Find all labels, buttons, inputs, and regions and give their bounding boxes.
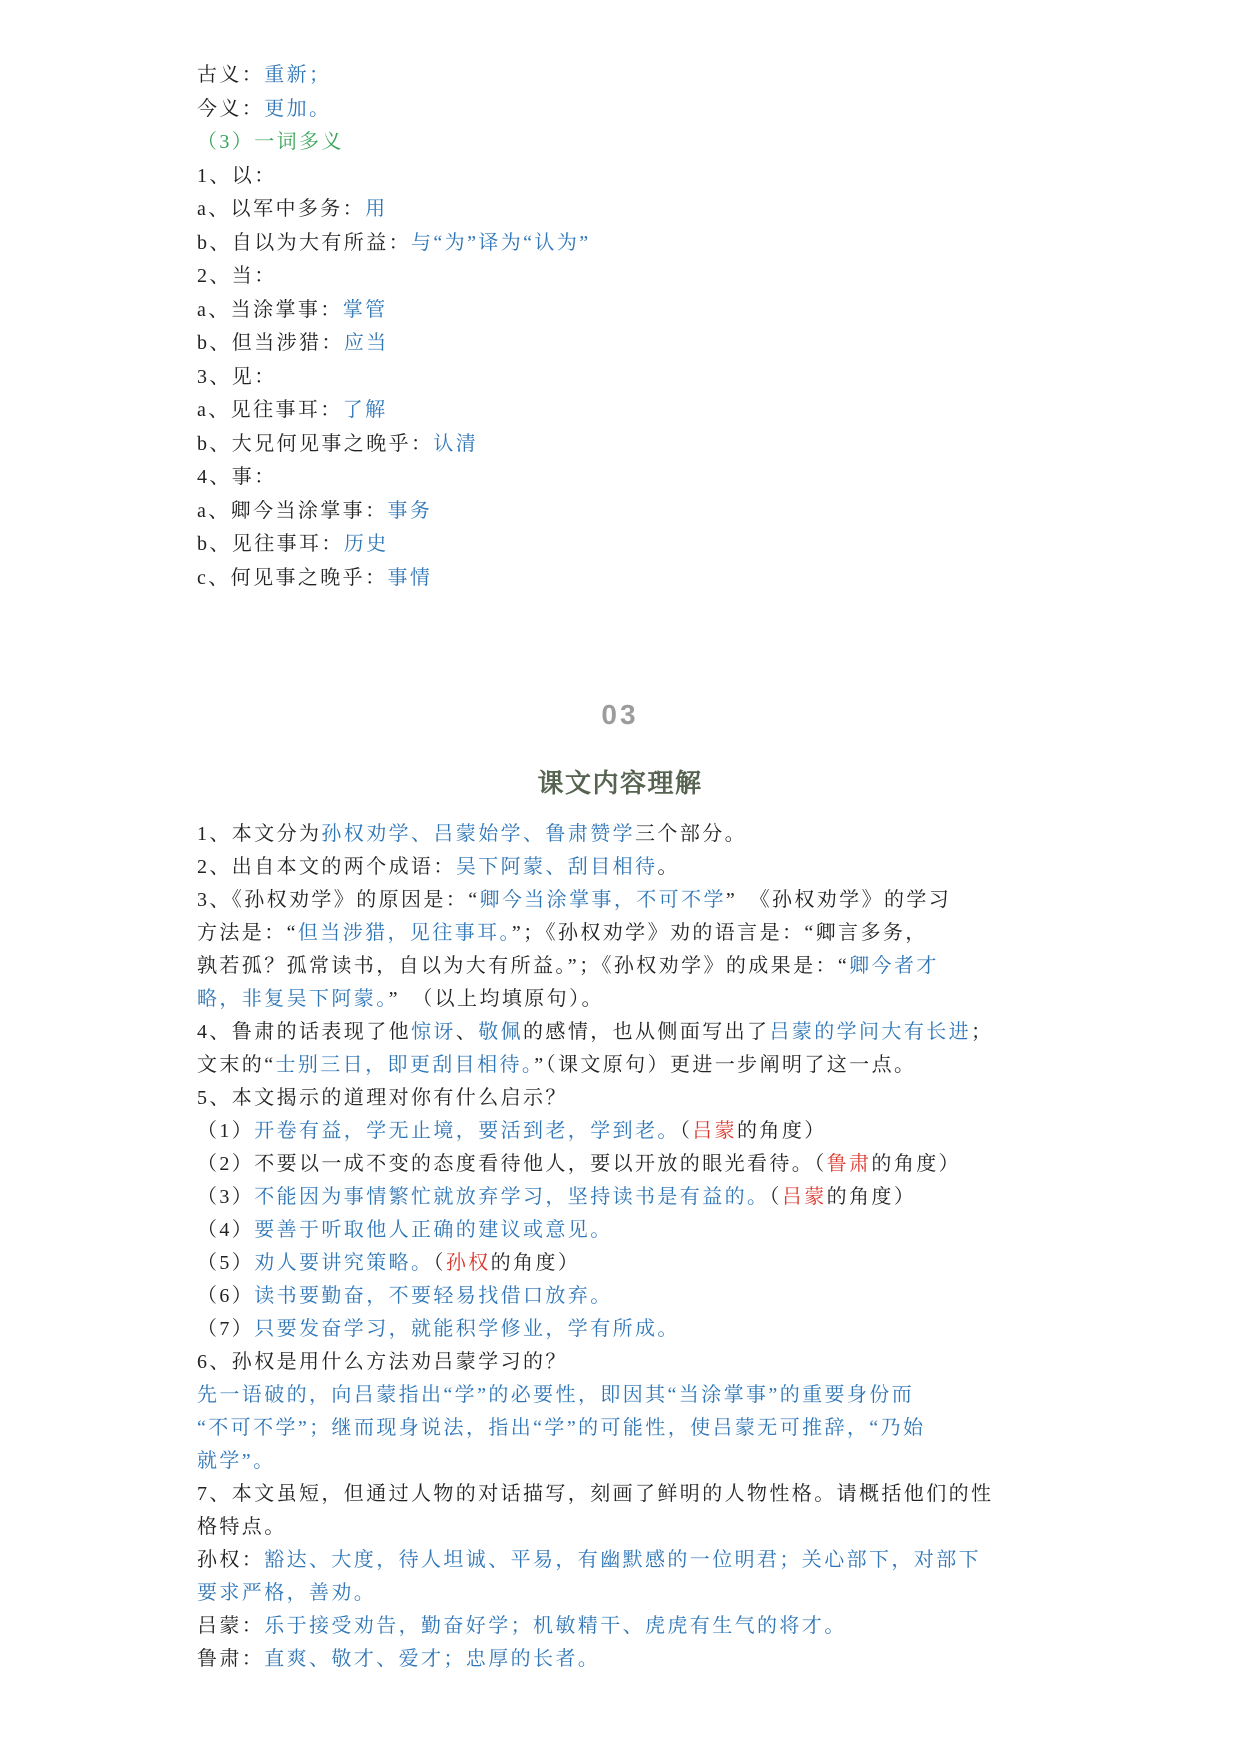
- main-section: 1、本文分为孙权劝学、吕蒙始学、鲁肃赞学三个部分。2、出自本文的两个成语：吴下阿…: [197, 818, 1067, 1676]
- text-segment: 的角度）: [827, 1186, 917, 1208]
- text-segment: 3、见：: [197, 366, 277, 388]
- text-segment: b、但当涉猎：: [197, 332, 344, 354]
- text-line: （6）读书要勤奋，不要轻易找借口放弃。: [197, 1280, 1067, 1313]
- text-segment: 的角度）: [871, 1153, 961, 1175]
- text-line: （3）一词多义: [197, 126, 1067, 160]
- top-section: 古义：重新；今义：更加。（3）一词多义1、以：a、以军中多务：用b、自以为大有所…: [197, 59, 1067, 595]
- text-line: a、见往事耳：了解: [197, 394, 1067, 428]
- text-segment: （4）: [197, 1219, 254, 1241]
- text-segment: 孙权：: [197, 1549, 264, 1571]
- text-segment: （7）: [197, 1318, 254, 1340]
- text-segment: 7、本文虽短，但通过人物的对话描写，刻画了鲜明的人物性格。请概括他们的性: [197, 1483, 993, 1505]
- text-line: a、当涂掌事：掌管: [197, 294, 1067, 328]
- text-segment: a、当涂掌事：: [197, 299, 343, 321]
- text-segment: 5、本文揭示的道理对你有什么启示？: [197, 1087, 568, 1109]
- text-line: 要求严格，善劝。: [197, 1577, 1067, 1610]
- text-segment: b、见往事耳：: [197, 533, 344, 555]
- text-segment: 不能因为事情繁忙就放弃学习，坚持读书是有益的。: [254, 1186, 769, 1208]
- text-segment: 士别三日，即更刮目相待。: [275, 1054, 534, 1076]
- text-segment: 吕蒙: [782, 1186, 827, 1208]
- text-segment: 鲁肃: [827, 1153, 872, 1175]
- text-line: b、但当涉猎：应当: [197, 327, 1067, 361]
- text-segment: （: [680, 1120, 692, 1142]
- text-line: （7）只要发奋学习，就能积学修业，学有所成。: [197, 1313, 1067, 1346]
- text-line: 5、本文揭示的道理对你有什么启示？: [197, 1082, 1067, 1115]
- text-segment: 的感情，也从侧面写出了: [523, 1021, 769, 1043]
- text-segment: （2）不要以一成不变的态度看待他人，要以开放的眼光看待。（: [197, 1153, 827, 1175]
- text-segment: 吕蒙: [692, 1120, 737, 1142]
- text-line: 4、事：: [197, 461, 1067, 495]
- text-line: （5）劝人要讲究策略。（孙权的角度）: [197, 1247, 1067, 1280]
- text-line: 7、本文虽短，但通过人物的对话描写，刻画了鲜明的人物性格。请概括他们的性: [197, 1478, 1067, 1511]
- text-segment: 劝人要讲究策略。: [254, 1252, 433, 1274]
- text-segment: 3、《孙权劝学》的原因是：“: [197, 889, 479, 911]
- text-segment: 了解: [343, 399, 388, 421]
- text-segment: 只要发奋学习，就能积学修业，学有所成。: [254, 1318, 680, 1340]
- text-segment: 1、以：: [197, 165, 277, 187]
- text-line: 1、本文分为孙权劝学、吕蒙始学、鲁肃赞学三个部分。: [197, 818, 1067, 851]
- text-segment: 古义：: [197, 64, 264, 86]
- text-line: 6、孙权是用什么方法劝吕蒙学习的？: [197, 1346, 1067, 1379]
- text-segment: 略，非复吴下阿蒙。: [197, 988, 389, 1010]
- text-line: 方法是：“但当涉猎，见往事耳。”；《孙权劝学》劝的语言是：“卿言多务，: [197, 917, 1067, 950]
- text-segment: 2、当：: [197, 265, 277, 287]
- text-segment: b、大兄何见事之晚乎：: [197, 433, 433, 455]
- text-segment: （6）: [197, 1285, 254, 1307]
- text-segment: （3）: [197, 1186, 254, 1208]
- text-segment: 但当涉猎，见往事耳。: [298, 922, 512, 944]
- text-line: 先一语破的，向吕蒙指出“学”的必要性，即因其“当涂掌事”的重要身份而: [197, 1379, 1067, 1412]
- text-segment: 要善于听取他人正确的建议或意见。: [254, 1219, 612, 1241]
- text-line: 就学”。: [197, 1445, 1067, 1478]
- text-segment: 三个部分。: [635, 823, 747, 845]
- text-line: c、何见事之晚乎：事情: [197, 562, 1067, 596]
- text-segment: a、卿今当涂掌事：: [197, 500, 387, 522]
- text-line: 吕蒙：乐于接受劝告，勤奋好学；机敏精干、虎虎有生气的将才。: [197, 1610, 1067, 1643]
- text-segment: 更加。: [264, 98, 331, 120]
- text-segment: 读书要勤奋，不要轻易找借口放弃。: [254, 1285, 612, 1307]
- text-segment: （: [433, 1252, 445, 1274]
- text-segment: 4、鲁肃的话表现了他: [197, 1021, 411, 1043]
- text-segment: 的角度）: [491, 1252, 581, 1274]
- text-segment: 1、本文分为: [197, 823, 321, 845]
- text-segment: 鲁肃：: [197, 1648, 264, 1670]
- text-segment: 开卷有益，学无止境，要活到老，学到老。: [254, 1120, 680, 1142]
- section-title: 课文内容理解: [0, 763, 1240, 800]
- text-segment: 6、孙权是用什么方法劝吕蒙学习的？: [197, 1351, 568, 1373]
- text-segment: 认清: [433, 433, 478, 455]
- text-line: a、卿今当涂掌事：事务: [197, 495, 1067, 529]
- text-line: 4、鲁肃的话表现了他惊讶、敬佩的感情，也从侧面写出了吕蒙的学问大有长进；: [197, 1016, 1067, 1049]
- text-segment: （3）一词多义: [197, 131, 344, 153]
- text-segment: 先一语破的，向吕蒙指出“学”的必要性，即因其“当涂掌事”的重要身份而: [197, 1384, 914, 1406]
- text-line: b、见往事耳：历史: [197, 528, 1067, 562]
- text-line: a、以军中多务：用: [197, 193, 1067, 227]
- text-line: 文末的“士别三日，即更刮目相待。”（课文原句）更进一步阐明了这一点。: [197, 1049, 1067, 1082]
- text-segment: 卿今当涂掌事，不可不学: [479, 889, 725, 911]
- text-segment: 文末的“: [197, 1054, 275, 1076]
- text-segment: ”（课文原句）更进一步阐明了这一点。: [534, 1054, 916, 1076]
- text-segment: 卿今者才: [849, 955, 939, 977]
- text-segment: 要求严格，善劝。: [197, 1582, 376, 1604]
- text-segment: 吕蒙：: [197, 1615, 264, 1637]
- text-segment: 孙权劝学、吕蒙始学、鲁肃赞学: [321, 823, 635, 845]
- text-line: 2、出自本文的两个成语：吴下阿蒙、刮目相待。: [197, 851, 1067, 884]
- text-segment: 事情: [387, 567, 432, 589]
- text-segment: 今义：: [197, 98, 264, 120]
- text-line: 3、见：: [197, 361, 1067, 395]
- text-line: 2、当：: [197, 260, 1067, 294]
- text-line: （1）开卷有益，学无止境，要活到老，学到老。（吕蒙的角度）: [197, 1115, 1067, 1148]
- text-segment: 惊讶: [411, 1021, 456, 1043]
- text-line: b、自以为大有所益：与“为”译为“认为”: [197, 227, 1067, 261]
- text-segment: 敬佩: [478, 1021, 523, 1043]
- text-line: 孙权：豁达、大度，待人坦诚、平易，有幽默感的一位明君；关心部下，对部下: [197, 1544, 1067, 1577]
- text-segment: 孰若孤？孤常读书，自以为大有所益。”；《孙权劝学》的成果是：“: [197, 955, 849, 977]
- text-segment: 直爽、敬才、爱才；忠厚的长者。: [264, 1648, 600, 1670]
- text-segment: 历史: [344, 533, 389, 555]
- text-segment: （5）: [197, 1252, 254, 1274]
- text-line: 鲁肃：直爽、敬才、爱才；忠厚的长者。: [197, 1643, 1067, 1676]
- text-segment: a、以军中多务：: [197, 198, 365, 220]
- text-line: 略，非复吴下阿蒙。” （以上均填原句）。: [197, 983, 1067, 1016]
- text-line: （3）不能因为事情繁忙就放弃学习，坚持读书是有益的。（吕蒙的角度）: [197, 1181, 1067, 1214]
- text-line: b、大兄何见事之晚乎：认清: [197, 428, 1067, 462]
- text-segment: 的角度）: [737, 1120, 827, 1142]
- text-segment: 与“为”译为“认为”: [411, 232, 591, 254]
- text-segment: “不可不学”；继而现身说法，指出“学”的可能性，使吕蒙无可推辞，“乃始: [197, 1417, 925, 1439]
- text-line: “不可不学”；继而现身说法，指出“学”的可能性，使吕蒙无可推辞，“乃始: [197, 1412, 1067, 1445]
- text-segment: 用: [365, 198, 387, 220]
- text-segment: 豁达、大度，待人坦诚、平易，有幽默感的一位明君；关心部下，对部下: [264, 1549, 981, 1571]
- text-segment: 4、事：: [197, 466, 277, 488]
- text-line: 孰若孤？孤常读书，自以为大有所益。”；《孙权劝学》的成果是：“卿今者才: [197, 950, 1067, 983]
- text-line: （2）不要以一成不变的态度看待他人，要以开放的眼光看待。（鲁肃的角度）: [197, 1148, 1067, 1181]
- text-segment: ” （以上均填原句）。: [389, 988, 604, 1010]
- text-line: 1、以：: [197, 160, 1067, 194]
- text-segment: c、何见事之晚乎：: [197, 567, 387, 589]
- text-line: （4）要善于听取他人正确的建议或意见。: [197, 1214, 1067, 1247]
- text-segment: 、: [456, 1021, 478, 1043]
- text-segment: 格特点。: [197, 1516, 287, 1538]
- text-segment: ；: [971, 1021, 993, 1043]
- section-number: 03: [0, 699, 1240, 731]
- text-segment: 乐于接受劝告，勤奋好学；机敏精干、虎虎有生气的将才。: [264, 1615, 846, 1637]
- text-segment: 方法是：“: [197, 922, 298, 944]
- text-segment: 吕蒙的学问大有长进: [769, 1021, 971, 1043]
- text-line: 古义：重新；: [197, 59, 1067, 93]
- text-segment: 吴下阿蒙、刮目相待: [456, 856, 658, 878]
- text-segment: 。: [657, 856, 679, 878]
- text-segment: 掌管: [343, 299, 388, 321]
- text-segment: a、见往事耳：: [197, 399, 343, 421]
- text-segment: 事务: [387, 500, 432, 522]
- text-segment: 就学”。: [197, 1450, 275, 1472]
- text-segment: ” 《孙权劝学》的学习: [726, 889, 951, 911]
- text-line: 格特点。: [197, 1511, 1067, 1544]
- text-segment: 孙权: [446, 1252, 491, 1274]
- document-page: 古义：重新；今义：更加。（3）一词多义1、以：a、以军中多务：用b、自以为大有所…: [0, 0, 1240, 1754]
- text-segment: 应当: [344, 332, 389, 354]
- text-segment: 2、出自本文的两个成语：: [197, 856, 456, 878]
- text-segment: ”；《孙权劝学》劝的语言是：“卿言多务，: [512, 922, 928, 944]
- text-segment: 重新；: [264, 64, 331, 86]
- text-segment: （: [769, 1186, 781, 1208]
- text-line: 今义：更加。: [197, 93, 1067, 127]
- text-segment: b、自以为大有所益：: [197, 232, 411, 254]
- text-segment: （1）: [197, 1120, 254, 1142]
- text-line: 3、《孙权劝学》的原因是：“卿今当涂掌事，不可不学” 《孙权劝学》的学习: [197, 884, 1067, 917]
